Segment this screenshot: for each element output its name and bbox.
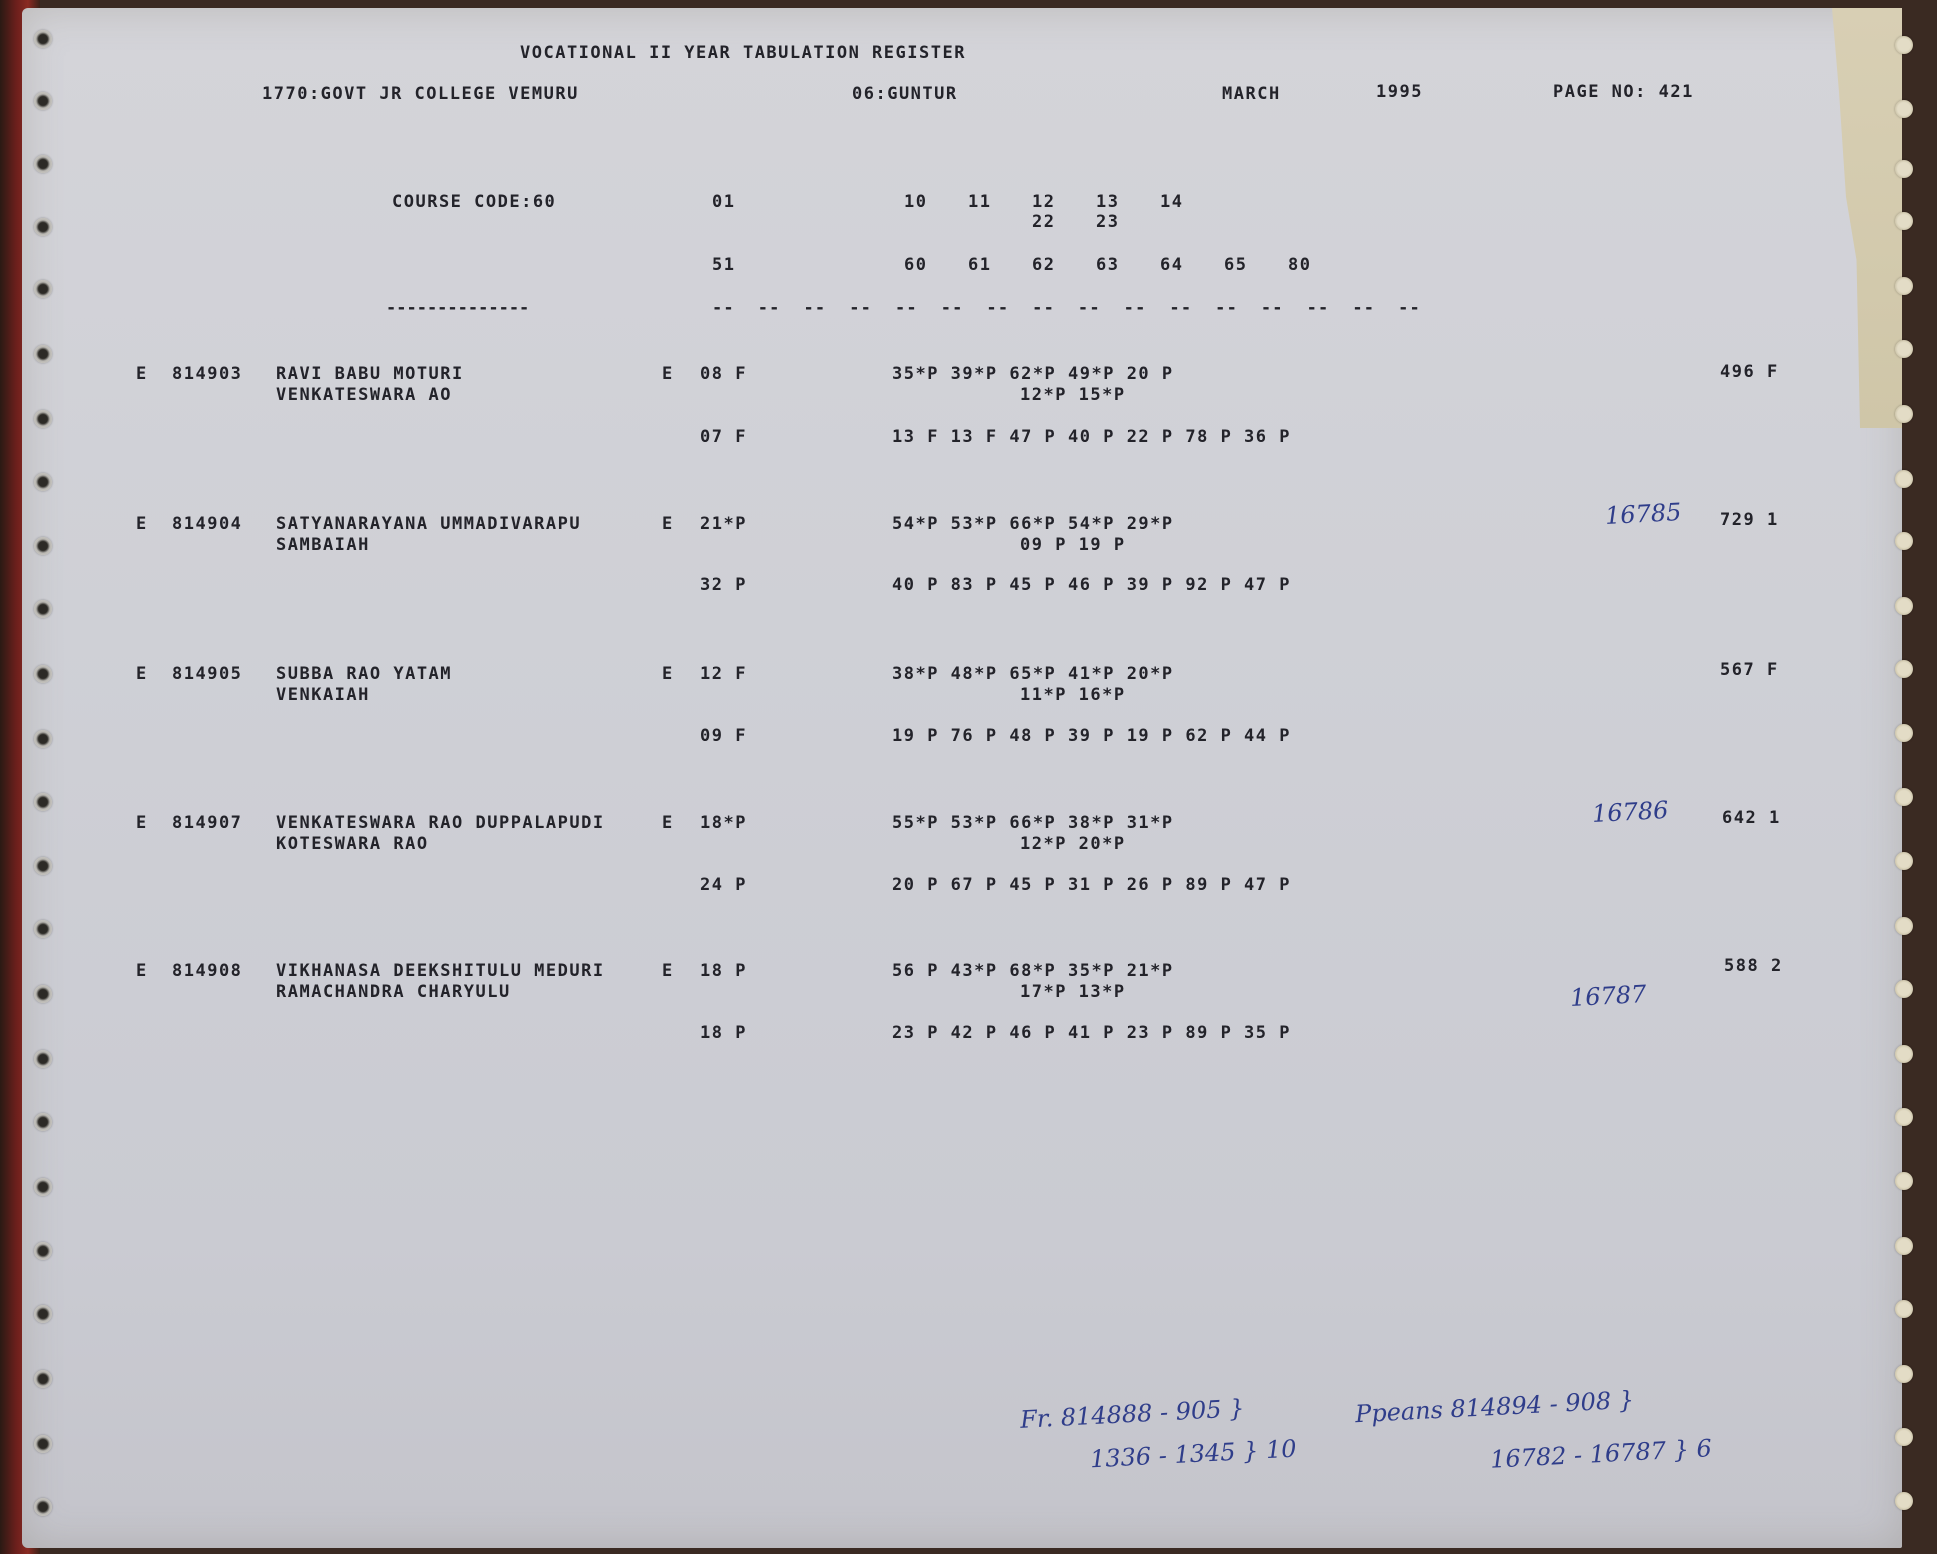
record-flag: E: [136, 364, 148, 385]
hall-ticket-number: 814908: [172, 961, 242, 982]
year1-marks-sub: 17*P 13*P: [1020, 982, 1126, 1003]
subject-51-mark: 24 P: [700, 875, 747, 896]
col-22: 22: [1032, 212, 1055, 233]
feed-hole-icon: [1895, 160, 1913, 178]
exam-month: MARCH: [1222, 84, 1281, 105]
feed-hole-icon: [34, 1498, 52, 1516]
subject-01-mark: 12 F: [700, 664, 747, 685]
col-63: 63: [1096, 255, 1119, 276]
year1-marks-sub: 11*P 16*P: [1020, 685, 1126, 706]
feed-hole-icon: [1895, 660, 1913, 678]
year1-marks-sub: 12*P 20*P: [1020, 834, 1126, 855]
handwritten-serial: 16787: [1569, 980, 1647, 1012]
feed-hole-icon: [34, 1178, 52, 1196]
course-code: COURSE CODE:60: [392, 192, 556, 213]
feed-hole-icon: [1895, 1108, 1913, 1126]
col-60: 60: [904, 255, 927, 276]
year1-marks-sub: 09 P 19 P: [1020, 535, 1126, 556]
feed-hole-icon: [34, 218, 52, 236]
feed-hole-icon: [34, 857, 52, 875]
feed-hole-icon: [1895, 532, 1913, 550]
feed-hole-icon: [34, 155, 52, 173]
feed-hole-icon: [1895, 980, 1913, 998]
year2-marks: 13 F 13 F 47 P 40 P 22 P 78 P 36 P: [892, 427, 1291, 448]
feed-hole-icon: [1895, 597, 1913, 615]
feed-hole-icon: [34, 793, 52, 811]
feed-hole-icon: [1895, 1237, 1913, 1255]
dash-rule: --------------: [386, 298, 529, 319]
year1-marks: 55*P 53*P 66*P 38*P 31*P: [892, 813, 1174, 834]
year1-marks-sub: 12*P 15*P: [1020, 385, 1126, 406]
record-flag: E: [136, 664, 148, 685]
subject-51-mark: 09 F: [700, 726, 747, 747]
handwritten-serial: 16786: [1591, 796, 1669, 828]
feed-hole-icon: [1895, 340, 1913, 358]
page-number: PAGE NO: 421: [1553, 82, 1694, 103]
record-flag: E: [136, 961, 148, 982]
feed-hole-icon: [34, 280, 52, 298]
father-name: SAMBAIAH: [276, 535, 370, 556]
medium: E: [662, 961, 674, 982]
year1-marks: 35*P 39*P 62*P 49*P 20 P: [892, 364, 1174, 385]
father-name: RAMACHANDRA CHARYULU: [276, 982, 511, 1003]
col-10: 10: [904, 192, 927, 213]
feed-hole-icon: [1895, 1172, 1913, 1190]
total-result: 496 F: [1720, 362, 1779, 383]
feed-hole-icon: [34, 730, 52, 748]
feed-hole-icon: [1895, 470, 1913, 488]
medium: E: [662, 813, 674, 834]
feed-hole-icon: [1895, 724, 1913, 742]
feed-hole-icon: [34, 1242, 52, 1260]
subject-01-mark: 21*P: [700, 514, 747, 535]
feed-hole-icon: [1895, 1300, 1913, 1318]
feed-hole-icon: [1895, 1365, 1913, 1383]
feed-hole-icon: [1895, 36, 1913, 54]
col-23: 23: [1096, 212, 1119, 233]
feed-hole-icon: [1895, 277, 1913, 295]
father-name: KOTESWARA RAO: [276, 834, 429, 855]
feed-hole-icon: [34, 1435, 52, 1453]
feed-hole-icon: [1895, 1428, 1913, 1446]
feed-hole-icon: [34, 600, 52, 618]
father-name: VENKATESWARA AO: [276, 385, 452, 406]
subject-51-mark: 18 P: [700, 1023, 747, 1044]
col-80: 80: [1288, 255, 1311, 276]
feed-hole-icon: [34, 30, 52, 48]
feed-hole-icon: [1895, 788, 1913, 806]
feed-hole-icon: [34, 345, 52, 363]
subject-01-mark: 18*P: [700, 813, 747, 834]
student-name: VENKATESWARA RAO DUPPALAPUDI: [276, 813, 605, 834]
col-14: 14: [1160, 192, 1183, 213]
feed-hole-icon: [1895, 100, 1913, 118]
col-61: 61: [968, 255, 991, 276]
col-13: 13: [1096, 192, 1119, 213]
feed-hole-icon: [34, 473, 52, 491]
register-page: [22, 8, 1902, 1548]
year1-marks: 54*P 53*P 66*P 54*P 29*P: [892, 514, 1174, 535]
dash-rule-columns: -- -- -- -- -- -- -- -- -- -- -- -- -- -…: [712, 298, 1421, 319]
col-62: 62: [1032, 255, 1055, 276]
year2-marks: 23 P 42 P 46 P 41 P 23 P 89 P 35 P: [892, 1023, 1291, 1044]
feed-hole-icon: [34, 410, 52, 428]
district-name: 06:GUNTUR: [852, 84, 958, 105]
record-flag: E: [136, 813, 148, 834]
medium: E: [662, 514, 674, 535]
medium: E: [662, 664, 674, 685]
year2-marks: 40 P 83 P 45 P 46 P 39 P 92 P 47 P: [892, 575, 1291, 596]
total-result: 642 1: [1722, 808, 1781, 829]
total-result: 567 F: [1720, 660, 1779, 681]
year1-marks: 56 P 43*P 68*P 35*P 21*P: [892, 961, 1174, 982]
feed-hole-icon: [34, 1113, 52, 1131]
feed-hole-icon: [34, 537, 52, 555]
father-name: VENKAIAH: [276, 685, 370, 706]
feed-hole-icon: [1895, 1045, 1913, 1063]
total-result: 729 1: [1720, 510, 1779, 531]
feed-hole-icon: [34, 665, 52, 683]
year2-marks: 20 P 67 P 45 P 31 P 26 P 89 P 47 P: [892, 875, 1291, 896]
college-name: 1770:GOVT JR COLLEGE VEMURU: [262, 84, 579, 105]
student-name: RAVI BABU MOTURI: [276, 364, 464, 385]
year2-marks: 19 P 76 P 48 P 39 P 19 P 62 P 44 P: [892, 726, 1291, 747]
feed-hole-icon: [1895, 405, 1913, 423]
feed-hole-icon: [34, 985, 52, 1003]
feed-hole-icon: [1895, 852, 1913, 870]
record-flag: E: [136, 514, 148, 535]
student-name: SATYANARAYANA UMMADIVARAPU: [276, 514, 581, 535]
year1-marks: 38*P 48*P 65*P 41*P 20*P: [892, 664, 1174, 685]
feed-hole-icon: [34, 92, 52, 110]
torn-edge: [1832, 8, 1902, 428]
feed-hole-icon: [1895, 212, 1913, 230]
subject-01-mark: 08 F: [700, 364, 747, 385]
handwritten-serial: 16785: [1604, 498, 1682, 530]
col-12: 12: [1032, 192, 1055, 213]
subject-51-mark: 32 P: [700, 575, 747, 596]
col-01: 01: [712, 192, 735, 213]
medium: E: [662, 364, 674, 385]
hall-ticket-number: 814905: [172, 664, 242, 685]
col-65: 65: [1224, 255, 1247, 276]
feed-hole-icon: [34, 1305, 52, 1323]
feed-hole-icon: [1895, 1492, 1913, 1510]
col-64: 64: [1160, 255, 1183, 276]
feed-hole-icon: [1895, 917, 1913, 935]
hall-ticket-number: 814903: [172, 364, 242, 385]
subject-01-mark: 18 P: [700, 961, 747, 982]
register-title: VOCATIONAL II YEAR TABULATION REGISTER: [520, 43, 966, 64]
hall-ticket-number: 814904: [172, 514, 242, 535]
col-11: 11: [968, 192, 991, 213]
feed-hole-icon: [34, 1370, 52, 1388]
subject-51-mark: 07 F: [700, 427, 747, 448]
total-result: 588 2: [1724, 956, 1783, 977]
hall-ticket-number: 814907: [172, 813, 242, 834]
col-51: 51: [712, 255, 735, 276]
student-name: VIKHANASA DEEKSHITULU MEDURI: [276, 961, 605, 982]
feed-hole-icon: [34, 1050, 52, 1068]
exam-year: 1995: [1376, 82, 1423, 103]
feed-hole-icon: [34, 920, 52, 938]
student-name: SUBBA RAO YATAM: [276, 664, 452, 685]
